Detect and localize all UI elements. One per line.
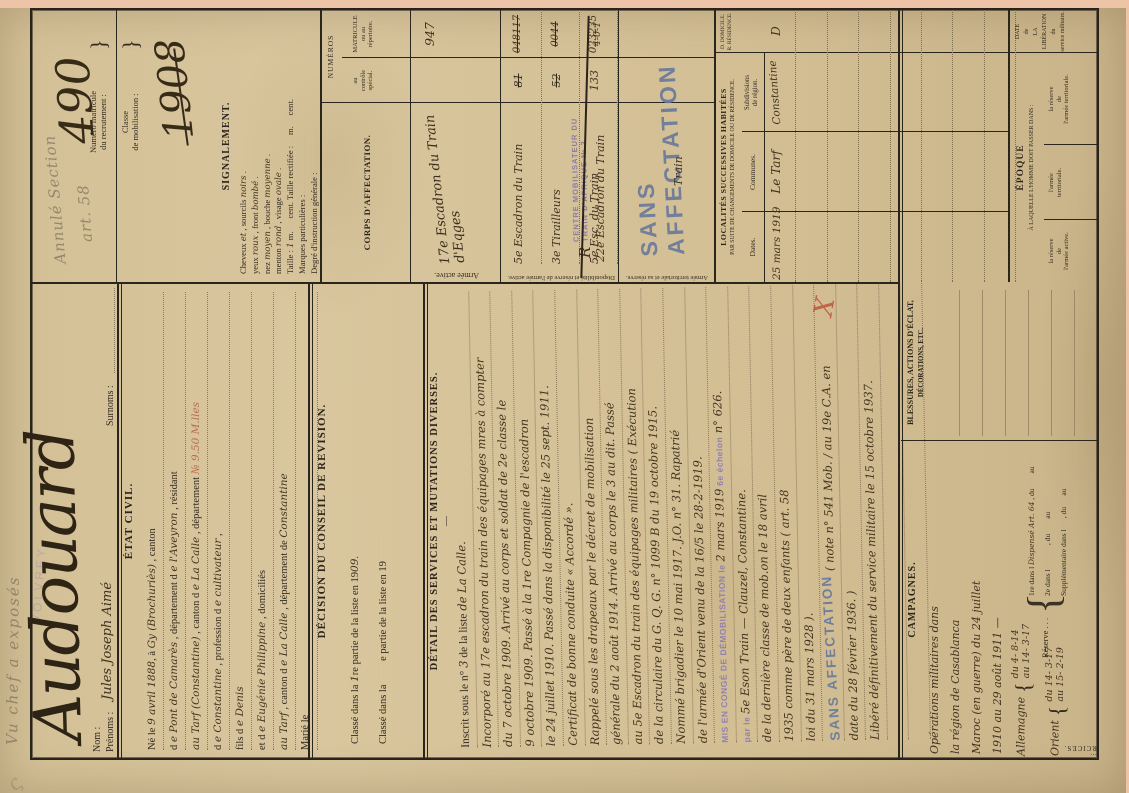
etat-decision-rule	[308, 284, 313, 758]
localites-row	[891, 10, 922, 282]
corps-table-top-rule	[320, 10, 322, 282]
etat-civil-line: fils d e Denis	[230, 292, 252, 750]
campagnes-line: Opérations militaires dans	[925, 454, 946, 754]
band-rule-2	[618, 10, 619, 282]
localites-title1: LOCALITÉS SUCCESSIVES HABITÉES	[719, 52, 728, 282]
sans-affectation-stamp: SANS AFFECTATION	[624, 9, 691, 257]
numero-classe-divider	[116, 10, 117, 282]
scanned-record-stage: Vu chef a exposés ς VOLVREY Nom : Audoua…	[0, 0, 1129, 793]
brace-icon: {	[1045, 706, 1070, 717]
campagne-au: au 14- 3-17	[1021, 624, 1032, 678]
localites-title2: PAR SUITE DE CHANGEMENTS DE DOMICILE OU …	[730, 52, 736, 282]
territoriale-entry: 22e Escadron du Train	[594, 135, 607, 262]
services-lines: Inscrit sous le n° 3 de la liste de La C…	[447, 283, 931, 748]
reserve-line: Supplémentaire dans l , du au	[1056, 446, 1072, 596]
campagnes-lines: Opérations militaires dansla région de C…	[925, 454, 1009, 754]
decision-line: Classé dans la e partie de la liste en 1…	[370, 298, 398, 744]
etat-civil-line: d e Constantine , profession d e cultiva…	[208, 292, 230, 750]
campagne-entry-orient: Orient { du 14- 3-17 au 15- 2-19	[1044, 647, 1071, 756]
loc-col-communes: Communes.	[748, 132, 757, 212]
armee-active-matricule: 947	[422, 10, 437, 58]
loc-legend: D. DOMICILE. R. RÉSIDENCE.	[720, 10, 734, 53]
blessures-title2: DÉCORATIONS, ETC.	[918, 284, 925, 441]
epoque-col3: la réservedel'armée territoriale.	[1048, 53, 1071, 145]
header-rule	[117, 284, 122, 758]
reserve-label: Réserve . . .	[1040, 618, 1050, 658]
localites-row	[922, 10, 953, 282]
etat-civil-line: Né le 9 avril 1888, à Gy (Brochuriès) , …	[142, 292, 164, 750]
right-column: 490 Numéro matricule du recrutement : } …	[32, 10, 1097, 282]
etat-civil-line: et d e Eugénie Philippine , domiciliés	[252, 292, 274, 750]
campagne-name: Allemagne	[1015, 697, 1028, 756]
signalement-line: yeux roux , front bombé .	[250, 16, 262, 274]
campagnes-blessures-divider	[901, 440, 1097, 441]
epoque-col1: la réservedel'armée active.	[1048, 220, 1071, 282]
corps-header: CORPS D'AFFECTATION.	[362, 103, 372, 282]
localites-rows: 25 mars 1919 Le Tarf Constantine D	[765, 10, 1016, 282]
rotated-document: Vu chef a exposés ς VOLVREY Nom : Audoua…	[0, 0, 1129, 793]
decision-detail-rule	[423, 284, 428, 758]
reserve-brace-icon: {	[1018, 593, 1069, 614]
signalement-line: Degré d'instruction générale :	[309, 16, 321, 274]
localites-row	[859, 10, 890, 282]
brace-icon: {	[1011, 682, 1036, 693]
campagnes-line: Maroc (en guerre) du 24 juillet	[967, 454, 988, 754]
signalement-line: Marques particulières :	[297, 16, 309, 274]
reserve-line: 2e dans l , du au	[1040, 446, 1056, 596]
campagnes-line: 1910 au 29 août 1911 —	[988, 454, 1009, 754]
numeros-header: NUMÉROS	[326, 10, 335, 103]
localites-row	[796, 10, 827, 282]
date-liberation-col: DATEdeLA LIBÉRATIONduservice militaire.	[1014, 10, 1068, 53]
armee-active-label: Armée active.	[414, 271, 500, 280]
epoque-col2: l'arméeterritoriale.	[1048, 145, 1063, 220]
etat-civil-line: Marié le	[296, 292, 318, 750]
blessures-title1: BLESSURES, ACTIONS D'ÉCLAT,	[906, 284, 915, 441]
reserve-lines: 1re dans l Dispensé Art. 64 , du au 2e d…	[1024, 446, 1072, 596]
classe-label: Classe de mobilisation :	[120, 52, 140, 192]
nom-value-script: Audouard	[12, 429, 97, 743]
campagne-entry-allemagne: Allemagne { du 4- 8-14 au 14- 3-17	[1010, 624, 1037, 756]
pencil-overlay-1: Annulé Section	[40, 134, 69, 264]
etat-civil-line: d e Pont de Camarès , département d e l'…	[164, 292, 186, 750]
matricule-header: MATRICULE ou au répertoire.	[352, 10, 375, 58]
band-rule-1	[500, 10, 501, 282]
signalement-title: SIGNALEMENT.	[221, 10, 232, 282]
disponibilite-label: Disponibilité et réserve de l'armée acti…	[504, 265, 618, 281]
surnoms-label: Surnoms :	[105, 385, 116, 426]
prenoms-value: Jules Joseph Aimé	[100, 582, 115, 700]
etat-civil-lines: Né le 9 avril 1888, à Gy (Brochuriès) , …	[142, 292, 318, 750]
signalement-line: menton rond , visage ovale .	[273, 16, 285, 274]
numero-brace-icon: }	[86, 39, 112, 50]
etat-civil-line: au Tarf (Constantine) , canton d e La Ca…	[186, 292, 208, 750]
loc-col-subdiv: Subdivisions de région.	[744, 53, 760, 132]
signalement-line: nez moyen , bouche moyenne .	[262, 16, 274, 274]
localites-row: 25 mars 1919 Le Tarf Constantine D	[765, 10, 796, 282]
localites-row	[828, 10, 859, 282]
numero-matricule-label: Numéro matricule du recrutement :	[88, 52, 108, 192]
epoque-title: ÉPOQUE	[1016, 53, 1026, 282]
territoriale-r-mark: R	[576, 247, 594, 258]
reserve-line: 1re dans l Dispensé Art. 64 , du au	[1024, 446, 1040, 596]
corps-header-rule	[410, 10, 411, 282]
localites-top-rule	[714, 10, 716, 282]
surnoms-blank	[102, 288, 115, 373]
decision-line: Classé dans la 1re partie de la liste en…	[342, 298, 370, 744]
territoriale-extra: Train	[672, 156, 685, 186]
localites-row	[985, 10, 1016, 282]
territoriale-c2: 4-0-1	[592, 10, 603, 58]
form-border: Nom : Audouard Prénoms : Jules Joseph Ai…	[30, 8, 1099, 760]
blessures-blank-lines	[937, 290, 1092, 436]
prenoms-label: Prénoms :	[105, 712, 116, 752]
loc-col-dates: Dates.	[748, 212, 757, 282]
armee-active-entry: 17e Escadron du Train d'Eqges	[422, 103, 469, 265]
controle-header: au contrôle spécial.	[352, 58, 375, 103]
exercices-cut-label: …RCICES.	[1060, 744, 1097, 760]
epoque-subtitle: À LAQUELLE L'HOMME DOIT PASSER DANS :	[1029, 53, 1035, 282]
epoque-top-rule	[1008, 10, 1010, 282]
decision-lines: Classé dans la 1re partie de la liste en…	[342, 298, 398, 744]
etat-civil-line: au Tarf , canton d e La Calle , départem…	[274, 292, 296, 750]
campagne-du: du 4- 8-14	[1010, 624, 1021, 678]
classe-brace-icon: }	[118, 39, 144, 50]
campagne-au: au 15- 2-19	[1055, 647, 1066, 702]
signalement-line: Taille : 1 m. cent. Taille rectifiée : m…	[285, 16, 297, 274]
campagnes-line: la région de Casablanca	[946, 454, 967, 754]
services-title: DÉTAIL DES SERVICES ET MUTATIONS DIVERSE…	[429, 284, 440, 758]
localites-row	[953, 10, 984, 282]
signalement-lines: Cheveux et , sourcils noirs .yeux roux ,…	[238, 16, 321, 274]
corps-row: 5e Escadron du Train 81 048117	[504, 10, 542, 264]
decision-title: DÉCISION DU CONSEIL DE REVISION.	[316, 284, 328, 758]
etat-civil-title: ÉTAT CIVIL.	[123, 284, 135, 758]
campagnes-title: CAMPAGNES.	[907, 441, 918, 758]
territoriale-label: Armée territoriale et sa réserve.	[622, 265, 712, 281]
signalement-line: Cheveux et , sourcils noirs .	[238, 16, 250, 274]
pencil-overlay-2: art. 58	[74, 184, 96, 243]
main-column-divider	[32, 282, 899, 284]
